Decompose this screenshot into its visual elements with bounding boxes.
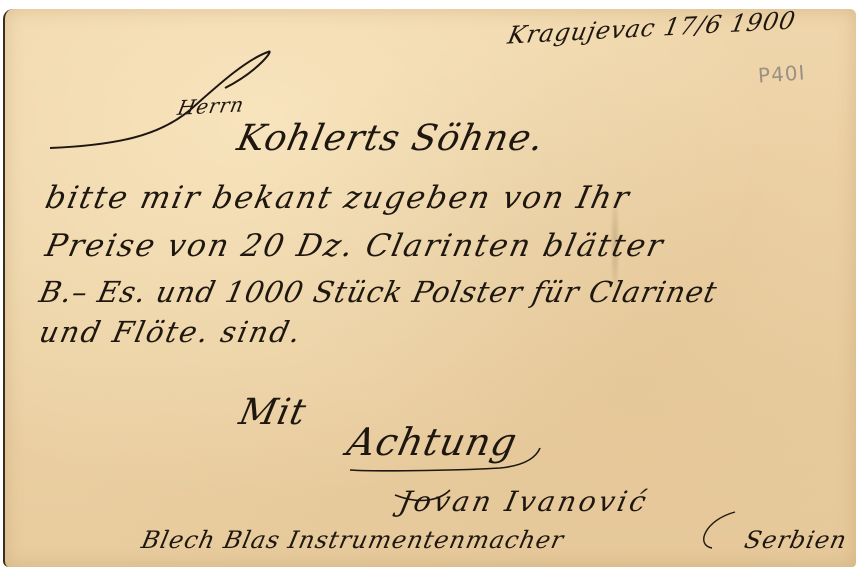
closing-line-1: Mit <box>236 392 311 433</box>
salutation: Herrn <box>176 92 247 120</box>
signature: Jovan Ivanović <box>396 485 651 518</box>
addressee: Kohlerts Söhne. <box>234 118 548 159</box>
closing-line-2: Achtung <box>343 420 521 464</box>
body-line-4: und Flöte. sind. <box>36 315 305 349</box>
footer-profession: Blech Blas Instrumentenmacher <box>139 526 567 554</box>
archive-mark: P40I <box>757 60 806 87</box>
body-line-3: B.– Es. und 1000 Stück Polster für Clari… <box>36 275 720 309</box>
footer-country: Serbien <box>742 526 850 554</box>
body-line-2: Preise von 20 Dz. Clarinten blätter <box>42 228 668 264</box>
body-line-1: bitte mir bekant zugeben von Ihr <box>42 180 634 216</box>
